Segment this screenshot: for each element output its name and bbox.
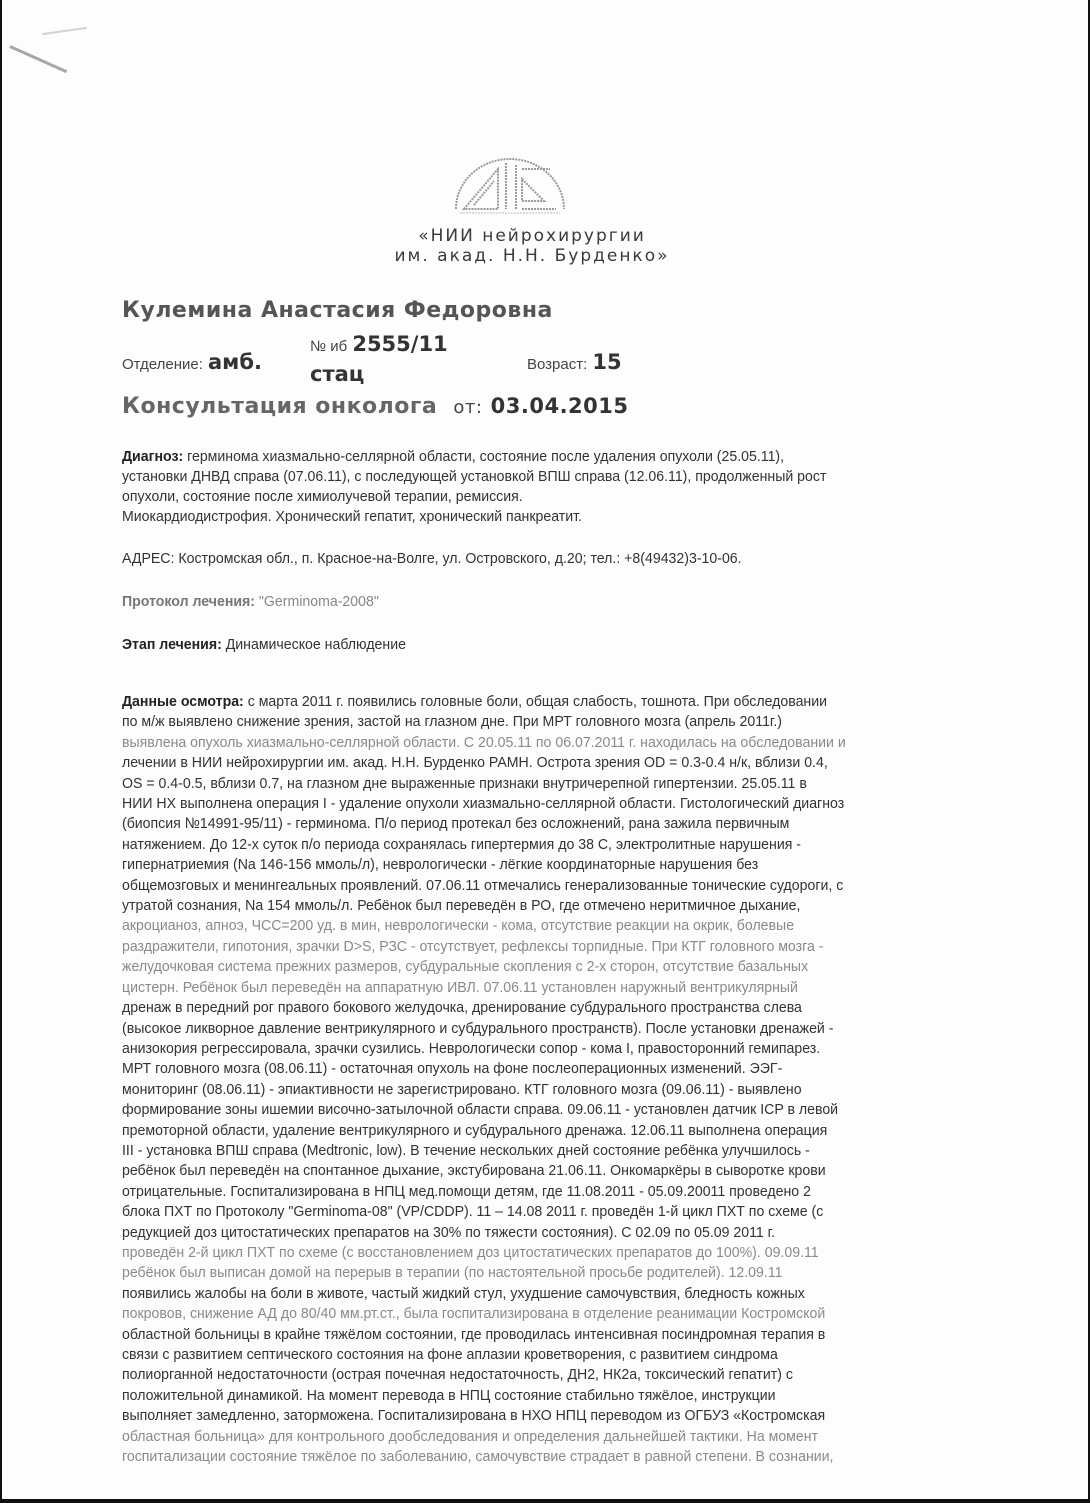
- stage-section: Этап лечения: Динамическое наблюдение: [122, 635, 903, 655]
- department-field: Отделение: амб.: [122, 350, 262, 374]
- examination-line: формирование зоны ишемии височно-затылоч…: [122, 1100, 964, 1120]
- examination-first-line: Данные осмотра: с марта 2011 г. появилис…: [122, 692, 964, 712]
- diagnosis-line: Миокардиодистрофия. Хронический гепатит,…: [122, 508, 582, 525]
- diagnosis-section: Диагноз: герминома хиазмально-селлярной …: [122, 447, 959, 527]
- consultation-date: 03.04.2015: [491, 394, 629, 418]
- consultation-title: Консультация онколога: [122, 394, 437, 419]
- scan-artifact: [42, 27, 87, 35]
- examination-line: появились жалобы на боли в животе, часты…: [122, 1284, 964, 1304]
- examination-line: общемозговых и менингеальных проявлений.…: [122, 876, 964, 896]
- consultation-date-label: от:: [453, 397, 482, 418]
- examination-line: покровов, снижение АД до 80/40 мм.рт.ст.…: [122, 1304, 964, 1324]
- examination-line: госпитализации состояние тяжёлое по забо…: [122, 1447, 964, 1467]
- examination-line: областная больница» для контрольного доо…: [122, 1427, 964, 1447]
- record-label: № иб: [310, 338, 347, 355]
- examination-line: желудочковая система прежних размеров, с…: [122, 957, 964, 977]
- examination-line: дренаж в передний рог правого бокового ж…: [122, 998, 964, 1018]
- patient-name: Кулемина Анастасия Федоровна: [122, 298, 553, 323]
- institute-logo-icon: [450, 155, 570, 215]
- examination-label: Данные осмотра:: [122, 693, 244, 710]
- examination-line: блока ПХТ по Протоколу "Germinoma-08" (V…: [122, 1202, 964, 1222]
- age-field: Возраст: 15: [527, 350, 622, 374]
- examination-line: анизокория регрессировала, зрачки сузили…: [122, 1039, 964, 1059]
- institution-name-line2: им. акад. Н.Н. Бурденко»: [302, 246, 762, 266]
- examination-line: цистерн. Ребёнок был переведён на аппара…: [122, 978, 964, 998]
- examination-line: мониторинг (08.06.11) - эпиактивности не…: [122, 1080, 964, 1100]
- examination-line: гипернатриемия (Na 146-156 ммоль/л), нев…: [122, 855, 964, 875]
- examination-line: связи с развитием септического состояния…: [122, 1345, 964, 1365]
- diagnosis-label: Диагноз:: [122, 448, 183, 465]
- examination-line: областной больницы в крайне тяжёлом сост…: [122, 1325, 964, 1345]
- examination-line: по м/ж выявлено снижение зрения, застой …: [122, 712, 964, 732]
- examination-line: проведён 2-й цикл ПХТ по схеме (с восста…: [122, 1243, 964, 1263]
- examination-line: натяжением. До 12-х суток п/о периода со…: [122, 835, 964, 855]
- examination-line: ребёнок был выписан домой на перерыв в т…: [122, 1263, 964, 1283]
- examination-line: выполняет замедленно, заторможена. Госпи…: [122, 1406, 964, 1426]
- examination-line: выявлена опухоль хиазмально-селлярной об…: [122, 733, 964, 753]
- examination-line: акроцианоз, апноэ, ЧСС=200 уд. в мин, не…: [122, 916, 964, 936]
- age-value: 15: [592, 350, 621, 374]
- examination-line: ребёнок был переведён на спонтанное дыха…: [122, 1161, 964, 1181]
- examination-line: редукцией доз цитостатических препаратов…: [122, 1223, 964, 1243]
- record-number-field: № иб 2555/11: [310, 332, 448, 356]
- scan-artifact: [9, 45, 67, 73]
- examination-section: Данные осмотра: с марта 2011 г. появилис…: [122, 692, 964, 1467]
- institution-name: «НИИ нейрохирургии: [302, 226, 762, 246]
- examination-line: премоторной области, удаление вентрикуля…: [122, 1121, 964, 1141]
- diagnosis-line: установки ДНВД справа (07.06.11), с посл…: [122, 468, 826, 485]
- examination-line: III - установка ВПШ справа (Medtronic, l…: [122, 1141, 964, 1161]
- examination-line: полиорганной недостаточности (острая поч…: [122, 1365, 964, 1385]
- diagnosis-line: опухоли, состояние после химиолучевой те…: [122, 488, 523, 505]
- scanned-page: «НИИ нейрохирургии им. акад. Н.Н. Бурден…: [0, 0, 1090, 1503]
- examination-line: (высокое ликворное давление вентрикулярн…: [122, 1019, 964, 1039]
- examination-line: OS = 0.4-0.5, вблизи 0.7, на глазном дне…: [122, 774, 964, 794]
- record-type: стац: [310, 362, 364, 386]
- diagnosis-line: герминома хиазмально-селлярной области, …: [187, 448, 784, 465]
- address-section: АДРЕС: Костромская обл., п. Красное-на-В…: [122, 549, 959, 569]
- department-label: Отделение:: [122, 356, 203, 373]
- protocol-value: "Germinoma-2008": [259, 593, 379, 610]
- protocol-label: Протокол лечения:: [122, 593, 255, 610]
- protocol-section: Протокол лечения: "Germinoma-2008": [122, 592, 903, 612]
- stage-label: Этап лечения:: [122, 636, 222, 653]
- examination-line: утратой сознания, Na 154 ммоль/л. Ребёно…: [122, 896, 964, 916]
- consultation-heading: Консультация онколога от: 03.04.2015: [122, 394, 629, 419]
- examination-line: НИИ НХ выполнена операция I - удаление о…: [122, 794, 964, 814]
- examination-line: МРТ головного мозга (08.06.11) - остаточ…: [122, 1059, 964, 1079]
- examination-line: раздражители, гипотония, зрачки D>S, РЗС…: [122, 937, 964, 957]
- examination-line: (биопсия №14991-95/11) - герминома. П/о …: [122, 814, 964, 834]
- department-value: амб.: [208, 350, 262, 374]
- address-value: Костромская обл., п. Красное-на-Волге, у…: [178, 550, 741, 567]
- address-label: АДРЕС:: [122, 550, 174, 567]
- examination-line: отрицательные. Госпитализирована в НПЦ м…: [122, 1182, 964, 1202]
- stage-value: Динамическое наблюдение: [226, 636, 406, 653]
- examination-line: лечении в НИИ нейрохирургии им. акад. Н.…: [122, 753, 964, 773]
- examination-line: положительной динамикой. На момент перев…: [122, 1386, 964, 1406]
- age-label: Возраст:: [527, 356, 587, 373]
- record-value: 2555/11: [352, 332, 447, 356]
